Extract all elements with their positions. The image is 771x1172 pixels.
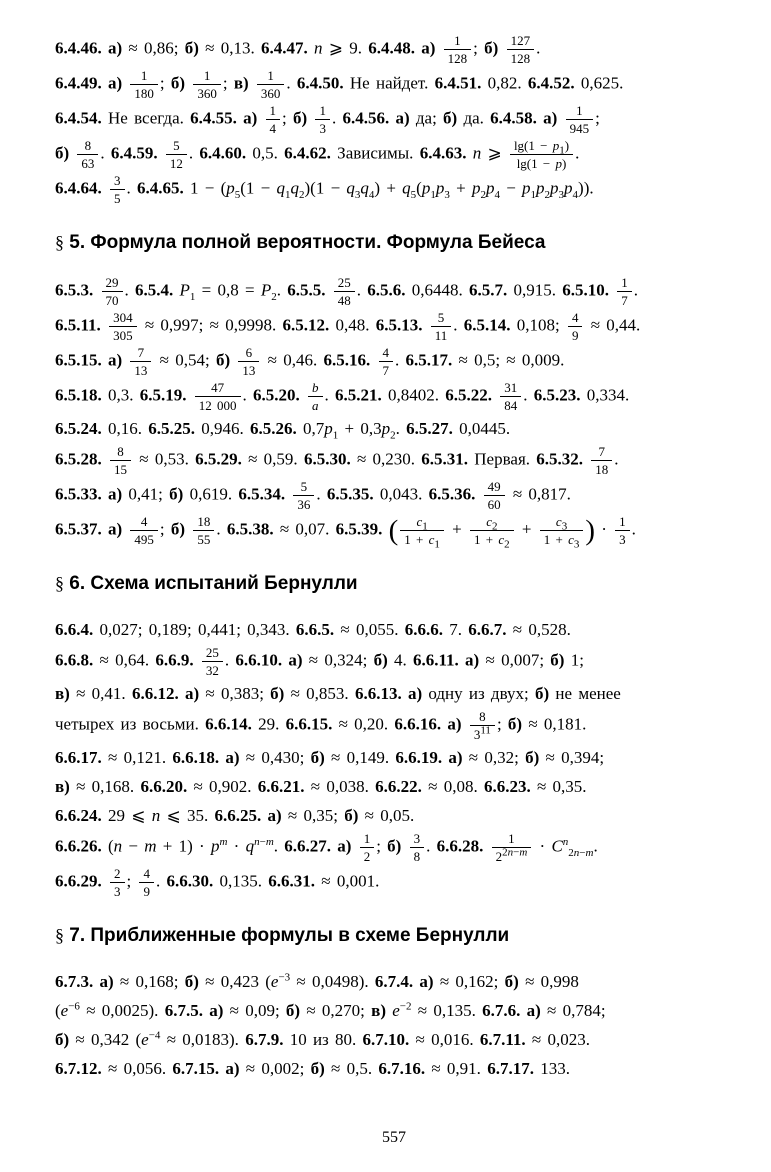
problem-number: 6.4.52. bbox=[528, 73, 575, 92]
fraction-denominator: 128 bbox=[507, 50, 535, 66]
problem-number: б) bbox=[443, 108, 457, 127]
fraction-denominator: 12 000 bbox=[195, 397, 241, 413]
section-mark: § bbox=[55, 232, 64, 252]
subscript: 2 bbox=[390, 429, 396, 441]
answer-line: 6.4.49. а) 1180; б) 1360; в) 1360. 6.4.5… bbox=[55, 67, 733, 102]
problem-number: 6.4.55. а) bbox=[190, 108, 257, 127]
math-variable: q bbox=[346, 178, 355, 197]
fraction-denominator: 63 bbox=[77, 155, 98, 171]
subscript: 2 bbox=[271, 291, 277, 303]
math-variable: n bbox=[254, 836, 260, 848]
problem-number: б) bbox=[535, 684, 549, 703]
problem-number: 6.5.17. bbox=[406, 350, 453, 369]
fraction: 4712 000 bbox=[195, 380, 241, 413]
fraction: 1360 bbox=[193, 68, 221, 101]
subscript: 1 bbox=[333, 429, 339, 441]
fraction-denominator: 305 bbox=[109, 327, 137, 343]
fraction-numerator: 3 bbox=[410, 831, 425, 848]
problem-number: б) bbox=[525, 748, 539, 767]
fraction: 1945 bbox=[566, 103, 594, 136]
subscript: 4 bbox=[494, 189, 500, 201]
problem-number: 6.4.64. bbox=[55, 178, 102, 197]
fraction-denominator: 7 bbox=[617, 292, 632, 308]
fraction: c31 + c3 bbox=[540, 514, 584, 547]
subscript: 1 bbox=[559, 145, 565, 157]
problem-number: в) bbox=[55, 684, 70, 703]
fraction-numerator: 4 bbox=[379, 345, 394, 362]
answer-line: б) ≈ 0,342 (e−4 ≈ 0,0183). 6.7.9. 10 из … bbox=[55, 1025, 733, 1054]
fraction-numerator: 25 bbox=[202, 645, 223, 662]
fraction-numerator: 5 bbox=[293, 479, 314, 496]
fraction: 1180 bbox=[130, 68, 158, 101]
math-variable: q bbox=[402, 178, 411, 197]
problem-number: 6.6.13. а) bbox=[355, 684, 422, 703]
problem-number: 6.4.46. а) bbox=[55, 38, 122, 57]
problem-number: 6.5.16. bbox=[324, 350, 371, 369]
answer-line: в) ≈ 0,41. 6.6.12. а) ≈ 0,383; б) ≈ 0,85… bbox=[55, 679, 733, 708]
fraction-numerator: 47 bbox=[195, 380, 241, 397]
fraction: ba bbox=[308, 380, 323, 413]
fraction-numerator: 1 bbox=[257, 68, 285, 85]
problem-number: 6.6.10. а) bbox=[235, 650, 302, 669]
problem-number: 6.4.59. bbox=[111, 143, 158, 162]
answer-line: 6.4.64. 35. 6.4.65. 1 − (p5(1 − q1q2)(1 … bbox=[55, 172, 733, 207]
problem-number: 6.6.22. bbox=[375, 777, 422, 796]
fraction: 2532 bbox=[202, 645, 223, 678]
fraction-numerator: 127 bbox=[507, 33, 535, 50]
problem-number: 6.7.4. а) bbox=[375, 972, 434, 991]
problem-number: 6.4.62. bbox=[284, 143, 331, 162]
problem-number: в) bbox=[55, 777, 70, 796]
problem-number: б) bbox=[344, 806, 358, 825]
fraction-denominator: lg(1 − p) bbox=[510, 155, 573, 171]
problem-number: 6.7.5. а) bbox=[165, 1001, 224, 1020]
fraction-denominator: 12 bbox=[166, 155, 187, 171]
problem-number: 6.5.25. bbox=[148, 419, 195, 438]
fraction-denominator: 2 bbox=[360, 848, 375, 864]
fraction: 304305 bbox=[109, 310, 137, 343]
subscript: 2 bbox=[299, 189, 305, 201]
math-variable: n bbox=[114, 836, 123, 855]
problem-number: 6.4.50. bbox=[297, 73, 344, 92]
fraction-numerator: 8 bbox=[110, 444, 131, 461]
fraction-numerator: 5 bbox=[431, 310, 452, 327]
answers-paragraph: 6.4.46. а) ≈ 0,86; б) ≈ 0,13. 6.4.47. n … bbox=[55, 32, 733, 207]
math-variable: m bbox=[586, 847, 594, 859]
problem-number: 6.7.11. bbox=[480, 1030, 526, 1049]
fraction: 8311 bbox=[470, 709, 495, 742]
fraction-numerator: 1 bbox=[315, 103, 330, 120]
problem-number: б) bbox=[311, 1059, 325, 1078]
problem-number: 6.6.20. bbox=[140, 777, 187, 796]
fraction-denominator: 36 bbox=[293, 496, 314, 512]
problem-number: б) bbox=[374, 650, 388, 669]
fraction-denominator: 15 bbox=[110, 461, 131, 477]
fraction: 17 bbox=[617, 275, 632, 308]
math-variable: n bbox=[473, 143, 482, 162]
problem-number: 6.5.29. bbox=[195, 449, 242, 468]
fraction-denominator: 22n−m bbox=[492, 848, 532, 864]
problem-number: 6.6.5. bbox=[296, 620, 334, 639]
problem-number: 6.6.23. bbox=[484, 777, 531, 796]
fraction-numerator: 6 bbox=[238, 345, 259, 362]
fraction: 4960 bbox=[484, 479, 505, 512]
fraction: 1855 bbox=[193, 514, 214, 547]
problem-number: 6.5.19. bbox=[140, 385, 187, 404]
problem-number: в) bbox=[234, 73, 249, 92]
fraction-numerator: 1 bbox=[444, 33, 472, 50]
problem-number: 6.5.3. bbox=[55, 280, 93, 299]
fraction: 13 bbox=[315, 103, 330, 136]
problem-number: б) bbox=[505, 972, 519, 991]
section-title: 6. Схема испытаний Бернулли bbox=[69, 573, 357, 594]
problem-number: б) bbox=[171, 519, 185, 538]
problem-number: 6.5.38. bbox=[227, 519, 274, 538]
problem-number: 6.6.9. bbox=[155, 650, 193, 669]
answer-line: 6.6.29. 23; 49. 6.6.30. 0,135. 6.6.31. ≈… bbox=[55, 865, 733, 900]
fraction: 49 bbox=[568, 310, 583, 343]
fraction: c11 + c1 bbox=[400, 514, 444, 547]
fraction-denominator: 11 bbox=[431, 327, 452, 343]
math-variable: C bbox=[551, 836, 562, 855]
section-title: 5. Формула полной вероятности. Формула Б… bbox=[69, 232, 545, 253]
problem-number: б) bbox=[55, 143, 69, 162]
problem-number: б) bbox=[185, 38, 199, 57]
fraction: 613 bbox=[238, 345, 259, 378]
math-variable: p bbox=[536, 178, 545, 197]
problem-number: 6.7.9. bbox=[245, 1030, 283, 1049]
problem-number: б) bbox=[311, 748, 325, 767]
math-variable: q bbox=[291, 178, 300, 197]
math-variable: p bbox=[226, 178, 235, 197]
problem-number: 6.6.12. а) bbox=[132, 684, 199, 703]
answer-line: 6.5.37. а) 4495; б) 1855. 6.5.38. ≈ 0,07… bbox=[55, 513, 733, 548]
problem-number: 6.6.30. bbox=[166, 871, 213, 890]
fraction-numerator: 1 bbox=[492, 831, 532, 848]
fraction: 512 bbox=[166, 138, 187, 171]
fraction-numerator: 5 bbox=[166, 138, 187, 155]
problem-number: 6.6.27. а) bbox=[284, 836, 351, 855]
answer-line: 6.6.26. (n − m + 1) · pm · qn−m. 6.6.27.… bbox=[55, 830, 733, 865]
fraction-numerator: 4 bbox=[130, 514, 158, 531]
problem-number: б) bbox=[169, 484, 183, 503]
problem-number: 6.7.6. а) bbox=[482, 1001, 541, 1020]
problem-number: 6.6.18. а) bbox=[172, 748, 239, 767]
math-variable: p bbox=[382, 419, 391, 438]
problem-number: 6.4.58. а) bbox=[490, 108, 557, 127]
fraction: 1360 bbox=[257, 68, 285, 101]
math-variable: p bbox=[522, 178, 531, 197]
big-paren: ) bbox=[585, 515, 595, 547]
problem-number: 6.5.37. а) bbox=[55, 519, 122, 538]
problem-number: 6.4.63. bbox=[420, 143, 467, 162]
problem-number: 6.6.25. а) bbox=[215, 806, 282, 825]
subscript: 3 bbox=[444, 189, 450, 201]
answer-line: четырех из восьми. 6.6.14. 29. 6.6.15. ≈… bbox=[55, 708, 733, 743]
math-variable: m bbox=[144, 836, 156, 855]
math-variable: q bbox=[360, 178, 369, 197]
fraction-denominator: 1 + c3 bbox=[540, 531, 584, 547]
fraction: 49 bbox=[139, 866, 154, 899]
fraction-numerator: 31 bbox=[500, 380, 521, 397]
problem-number: б) bbox=[293, 108, 307, 127]
problem-number: б) bbox=[55, 1030, 69, 1049]
problem-number: 6.5.35. bbox=[327, 484, 374, 503]
problem-number: 6.6.21. bbox=[258, 777, 305, 796]
problem-number: 6.6.15. bbox=[286, 714, 333, 733]
fraction: c21 + c2 bbox=[470, 514, 514, 547]
fraction-denominator: 311 bbox=[470, 726, 495, 742]
problem-number: 6.5.15. а) bbox=[55, 350, 122, 369]
fraction: 4495 bbox=[130, 514, 158, 547]
answer-line: 6.5.28. 815 ≈ 0,53. 6.5.29. ≈ 0,59. 6.5.… bbox=[55, 443, 733, 478]
fraction-denominator: 1 + c1 bbox=[400, 531, 444, 547]
section-heading: § 7. Приближенные формулы в схеме Бернул… bbox=[55, 922, 733, 949]
fraction: 3184 bbox=[500, 380, 521, 413]
fraction-denominator: 3 bbox=[315, 120, 330, 136]
fraction-numerator: 1 bbox=[360, 831, 375, 848]
fraction-denominator: 5 bbox=[110, 190, 125, 206]
superscript: −2 bbox=[400, 1000, 412, 1012]
fraction: 718 bbox=[591, 444, 612, 477]
fraction-denominator: 70 bbox=[102, 292, 123, 308]
subscript: 2n−m bbox=[568, 847, 593, 859]
fraction-denominator: 48 bbox=[334, 292, 355, 308]
math-variable: n bbox=[314, 38, 323, 57]
fraction: 713 bbox=[130, 345, 151, 378]
fraction: 13 bbox=[615, 514, 630, 547]
subscript: 5 bbox=[411, 189, 417, 201]
fraction: 127128 bbox=[507, 33, 535, 66]
fraction: 2548 bbox=[334, 275, 355, 308]
problem-number: 6.5.24. bbox=[55, 419, 102, 438]
problem-number: 6.5.13. bbox=[376, 315, 423, 334]
fraction-denominator: 3 bbox=[615, 531, 630, 547]
problem-number: в) bbox=[371, 1001, 386, 1020]
problem-number: б) bbox=[185, 972, 199, 991]
subscript: 3 bbox=[562, 521, 568, 533]
fraction-denominator: 495 bbox=[130, 531, 158, 547]
problem-number: 6.6.16. а) bbox=[394, 714, 461, 733]
subscript: 3 bbox=[574, 539, 580, 551]
problem-number: б) bbox=[387, 836, 401, 855]
problem-number: 6.5.22. bbox=[445, 385, 492, 404]
fraction-denominator: 180 bbox=[130, 85, 158, 101]
problem-number: 6.5.23. bbox=[534, 385, 581, 404]
problem-number: 6.6.4. bbox=[55, 620, 93, 639]
problem-number: 6.5.4. bbox=[135, 280, 173, 299]
problem-number: б) bbox=[550, 650, 564, 669]
math-variable: a bbox=[312, 398, 319, 413]
problem-number: б) bbox=[286, 1001, 300, 1020]
math-variable: n bbox=[152, 806, 161, 825]
fraction-numerator: c3 bbox=[540, 514, 584, 531]
fraction-numerator: 8 bbox=[77, 138, 98, 155]
fraction: 2970 bbox=[102, 275, 123, 308]
subscript: 1 bbox=[190, 291, 196, 303]
fraction-numerator: 1 bbox=[266, 103, 281, 120]
problem-number: 6.5.31. bbox=[421, 449, 468, 468]
math-variable: P bbox=[180, 280, 190, 299]
subscript: 2 bbox=[492, 521, 498, 533]
answers-content: 6.4.46. а) ≈ 0,86; б) ≈ 0,13. 6.4.47. n … bbox=[55, 32, 733, 1083]
fraction-denominator: 128 bbox=[444, 50, 472, 66]
fraction-numerator: lg(1 − p1) bbox=[510, 138, 573, 155]
fraction-denominator: 4 bbox=[266, 120, 281, 136]
superscript: 11 bbox=[480, 725, 491, 737]
problem-number: 6.7.17. bbox=[487, 1059, 534, 1078]
answer-line: 6.5.11. 304305 ≈ 0,997; ≈ 0,9998. 6.5.12… bbox=[55, 309, 733, 344]
math-variable: p bbox=[564, 178, 573, 197]
fraction-numerator: 29 bbox=[102, 275, 123, 292]
fraction-denominator: 13 bbox=[130, 362, 151, 378]
math-variable: m bbox=[519, 847, 527, 859]
problem-number: 6.4.60. bbox=[199, 143, 246, 162]
answer-line: 6.5.3. 2970. 6.5.4. P1 = 0,8 = P2. 6.5.5… bbox=[55, 274, 733, 309]
problem-number: б) bbox=[171, 73, 185, 92]
fraction-numerator: 49 bbox=[484, 479, 505, 496]
problem-number: 6.4.49. а) bbox=[55, 73, 122, 92]
problem-number: 6.6.8. bbox=[55, 650, 93, 669]
answer-line: 6.7.12. ≈ 0,056. 6.7.15. а) ≈ 0,002; б) … bbox=[55, 1054, 733, 1083]
subscript: 1 bbox=[422, 521, 428, 533]
fraction-numerator: 1 bbox=[130, 68, 158, 85]
problem-number: 6.4.47. bbox=[261, 38, 308, 57]
problem-number: 6.7.15. а) bbox=[172, 1059, 239, 1078]
fraction-denominator: 60 bbox=[484, 496, 505, 512]
superscript: 2n−m bbox=[502, 847, 527, 859]
problem-number: 6.5.20. bbox=[253, 385, 300, 404]
fraction-denominator: 1 + c2 bbox=[470, 531, 514, 547]
problem-number: 6.6.19. а) bbox=[395, 748, 462, 767]
answer-line: 6.4.54. Не всегда. 6.4.55. а) 14; б) 13.… bbox=[55, 102, 733, 137]
superscript: −4 bbox=[149, 1029, 161, 1041]
problem-number: 6.5.30. bbox=[304, 449, 351, 468]
problem-number: 6.5.14. bbox=[464, 315, 511, 334]
superscript: −3 bbox=[278, 971, 290, 983]
answer-line: 6.6.24. 29 ⩽ n ⩽ 35. 6.6.25. а) ≈ 0,35; … bbox=[55, 801, 733, 830]
answer-line: 6.5.33. а) 0,41; б) 0,619. 6.5.34. 536. … bbox=[55, 478, 733, 513]
math-variable: q bbox=[246, 836, 255, 855]
superscript: −6 bbox=[68, 1000, 80, 1012]
fraction-numerator: 1 bbox=[617, 275, 632, 292]
math-variable: n bbox=[574, 847, 580, 859]
fraction: 38 bbox=[410, 831, 425, 864]
fraction-denominator: 7 bbox=[379, 362, 394, 378]
book-page: 6.4.46. а) ≈ 0,86; б) ≈ 0,13. 6.4.47. n … bbox=[0, 0, 771, 1172]
answers-paragraph: 6.6.4. 0,027; 0,189; 0,441; 0,343. 6.6.5… bbox=[55, 615, 733, 900]
problem-number: 6.6.17. bbox=[55, 748, 102, 767]
answer-line: в) ≈ 0,168. 6.6.20. ≈ 0,902. 6.6.21. ≈ 0… bbox=[55, 772, 733, 801]
math-variable: q bbox=[277, 178, 286, 197]
fraction: 12 bbox=[360, 831, 375, 864]
subscript: 2 bbox=[504, 539, 510, 551]
problem-number: 6.5.36. bbox=[429, 484, 476, 503]
math-variable: m bbox=[219, 836, 227, 848]
problem-number: 6.6.6. bbox=[405, 620, 443, 639]
problem-number: б) bbox=[508, 714, 522, 733]
fraction-numerator: 3 bbox=[110, 173, 125, 190]
math-variable: P bbox=[261, 280, 271, 299]
problem-number: 6.5.5. bbox=[287, 280, 325, 299]
fraction-denominator: 360 bbox=[193, 85, 221, 101]
problem-number: б) bbox=[216, 350, 230, 369]
problem-number: 6.4.48. а) bbox=[368, 38, 435, 57]
fraction-numerator: 7 bbox=[130, 345, 151, 362]
subscript: 5 bbox=[235, 189, 241, 201]
fraction-numerator: 2 bbox=[110, 866, 125, 883]
math-variable: e bbox=[141, 1030, 149, 1049]
fraction: 536 bbox=[293, 479, 314, 512]
page-number: 557 bbox=[382, 1129, 406, 1146]
problem-number: 6.5.21. bbox=[335, 385, 382, 404]
fraction-denominator: 360 bbox=[257, 85, 285, 101]
problem-number: 6.5.11. bbox=[55, 315, 101, 334]
problem-number: 6.6.28. bbox=[437, 836, 484, 855]
problem-number: 6.6.31. bbox=[268, 871, 315, 890]
answer-line: 6.7.3. а) ≈ 0,168; б) ≈ 0,423 (e−3 ≈ 0,0… bbox=[55, 967, 733, 996]
math-variable: b bbox=[312, 380, 319, 395]
problem-number: 6.5.7. bbox=[469, 280, 507, 299]
page-footer: 557 bbox=[55, 1128, 733, 1148]
answer-line: 6.5.15. а) 713 ≈ 0,54; б) 613 ≈ 0,46. 6.… bbox=[55, 344, 733, 379]
problem-number: 6.4.51. bbox=[435, 73, 482, 92]
fraction-denominator: 945 bbox=[566, 120, 594, 136]
answer-line: 6.6.17. ≈ 0,121. 6.6.18. а) ≈ 0,430; б) … bbox=[55, 743, 733, 772]
problem-number: 6.5.12. bbox=[282, 315, 329, 334]
problem-number: 6.4.56. а) bbox=[342, 108, 409, 127]
fraction-denominator: 9 bbox=[139, 883, 154, 899]
section-heading: § 6. Схема испытаний Бернулли bbox=[55, 570, 733, 597]
problem-number: 6.6.11. а) bbox=[413, 650, 479, 669]
answer-line: 6.6.4. 0,027; 0,189; 0,441; 0,343. 6.6.5… bbox=[55, 615, 733, 644]
problem-number: 6.7.3. а) bbox=[55, 972, 114, 991]
problem-number: 6.6.14. bbox=[205, 714, 252, 733]
fraction-numerator: c1 bbox=[400, 514, 444, 531]
fraction-denominator: 55 bbox=[193, 531, 214, 547]
superscript: n−m bbox=[254, 836, 274, 848]
fraction-numerator: 8 bbox=[470, 709, 495, 726]
math-variable: m bbox=[266, 836, 274, 848]
fraction-numerator: 4 bbox=[568, 310, 583, 327]
math-variable: p bbox=[555, 156, 562, 171]
big-paren: ( bbox=[389, 515, 399, 547]
subscript: 4 bbox=[369, 189, 375, 201]
fraction-numerator: 304 bbox=[109, 310, 137, 327]
problem-number: б) bbox=[484, 38, 498, 57]
answer-line: 6.4.46. а) ≈ 0,86; б) ≈ 0,13. 6.4.47. n … bbox=[55, 32, 733, 67]
fraction-numerator: c2 bbox=[470, 514, 514, 531]
fraction-denominator: 13 bbox=[238, 362, 259, 378]
problem-number: 6.6.24. bbox=[55, 806, 102, 825]
subscript: 4 bbox=[573, 189, 579, 201]
fraction: 122n−m bbox=[492, 831, 532, 864]
fraction: lg(1 − p1)lg(1 − p) bbox=[510, 138, 573, 171]
problem-number: 6.6.7. bbox=[468, 620, 506, 639]
fraction-denominator: 84 bbox=[500, 397, 521, 413]
problem-number: 6.5.32. bbox=[536, 449, 583, 468]
answers-paragraph: 6.5.3. 2970. 6.5.4. P1 = 0,8 = P2. 6.5.5… bbox=[55, 274, 733, 548]
problem-number: 6.5.26. bbox=[250, 419, 297, 438]
problem-number: 6.5.6. bbox=[367, 280, 405, 299]
fraction-numerator: 18 bbox=[193, 514, 214, 531]
answer-line: (e−6 ≈ 0,0025). 6.7.5. а) ≈ 0,09; б) ≈ 0… bbox=[55, 996, 733, 1025]
fraction-numerator: 4 bbox=[139, 866, 154, 883]
fraction-numerator: 1 bbox=[193, 68, 221, 85]
problem-number: 6.7.12. bbox=[55, 1059, 102, 1078]
problem-number: 6.5.27. bbox=[406, 419, 453, 438]
problem-number: 6.5.18. bbox=[55, 385, 102, 404]
